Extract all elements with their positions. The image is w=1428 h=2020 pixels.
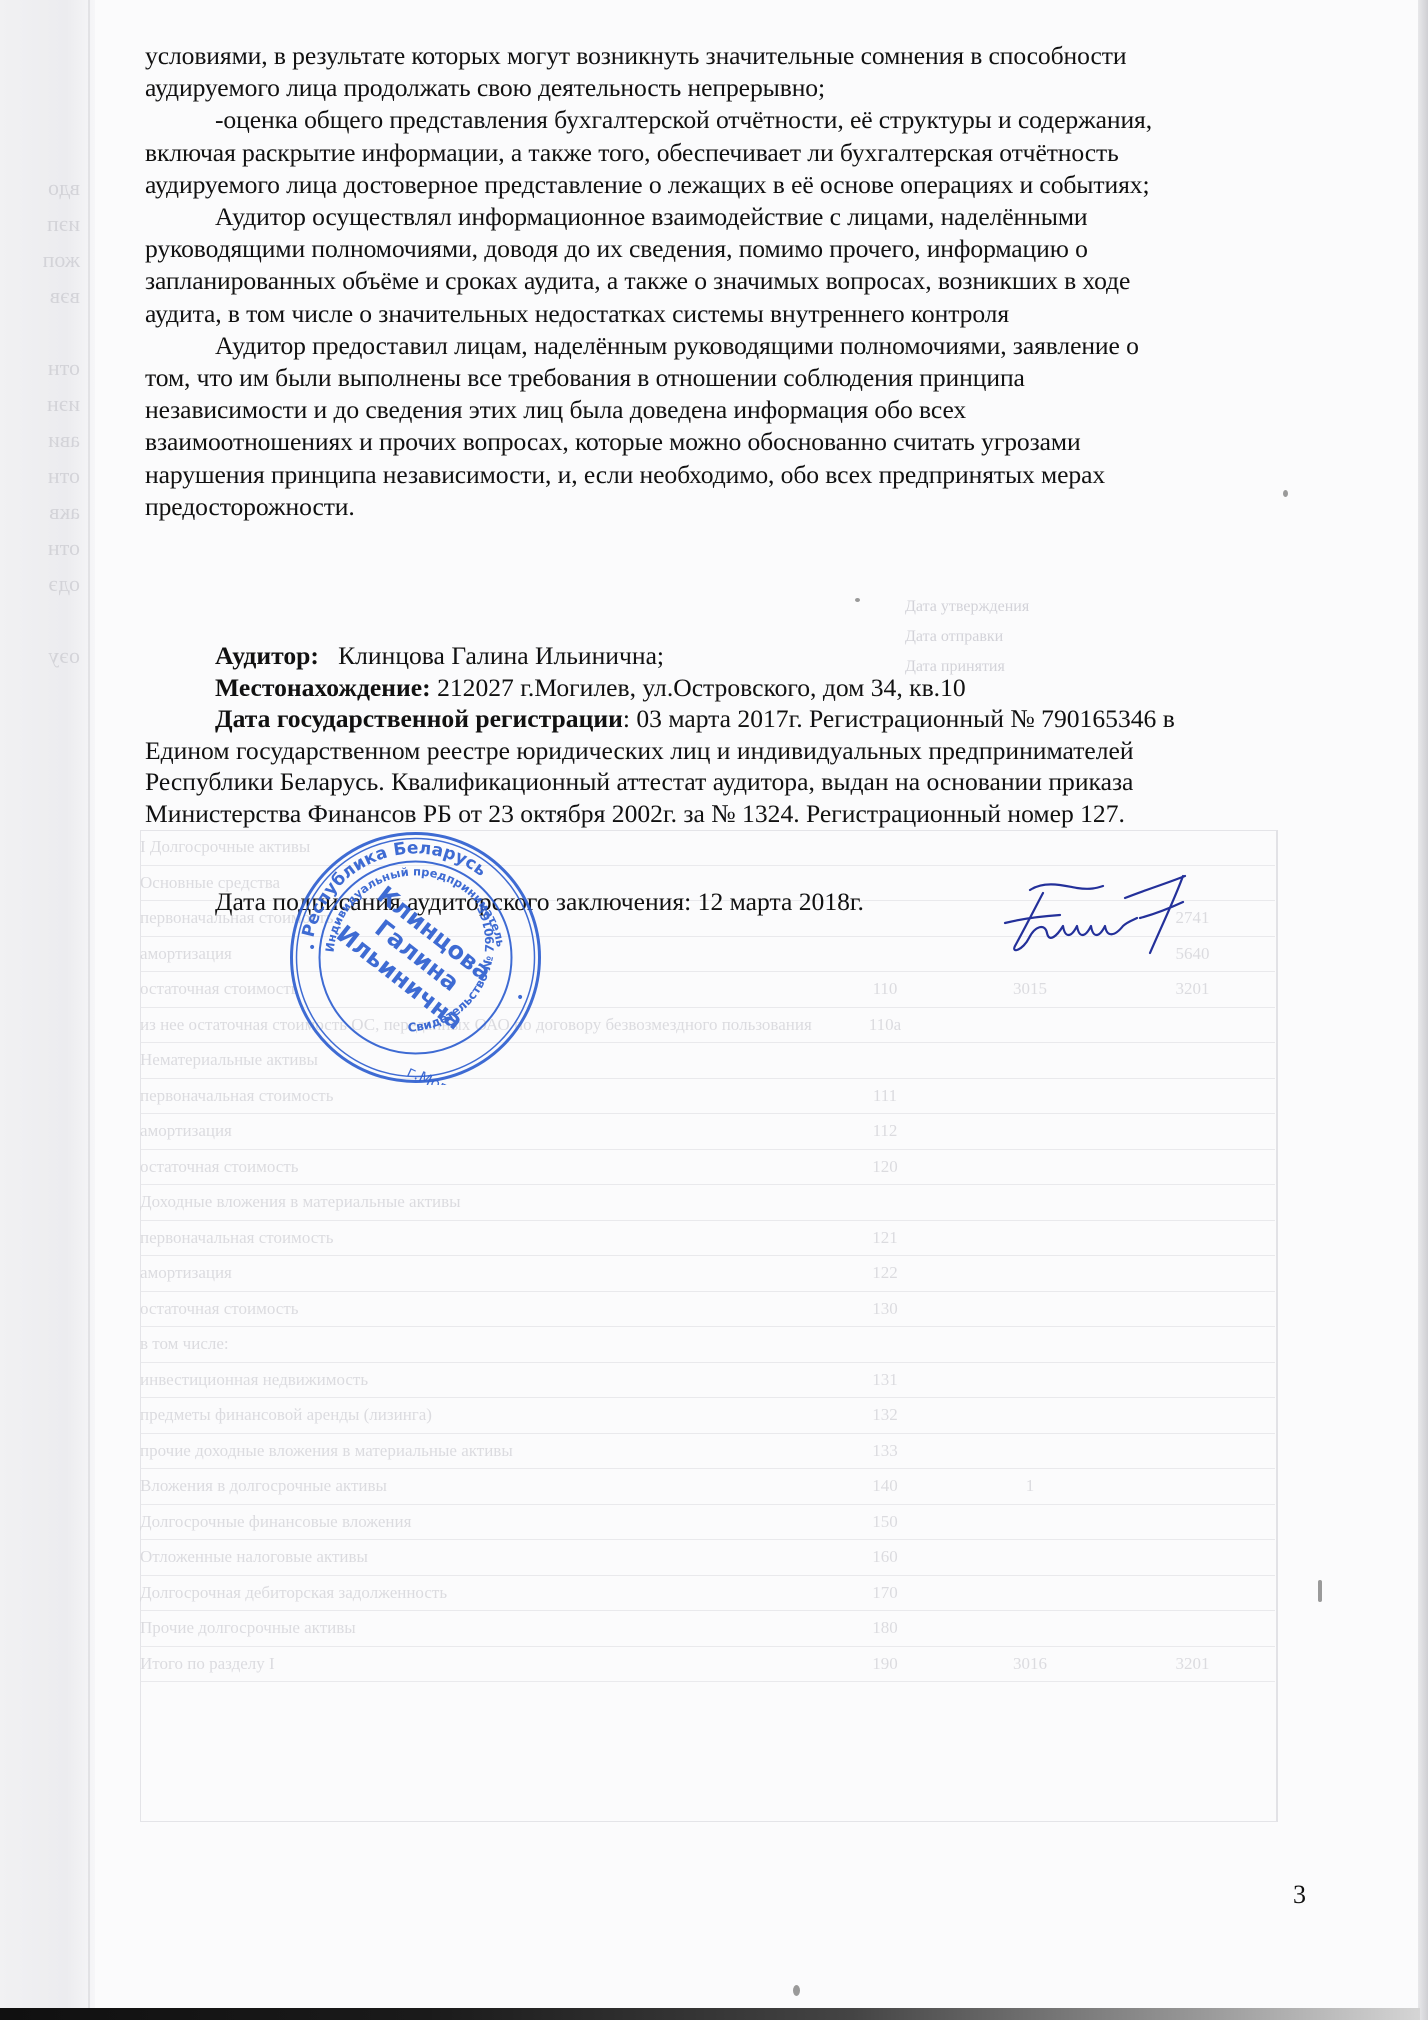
- ghost-table-row: амортизация112: [140, 1114, 1275, 1150]
- ghost-table-row: прочие доходные вложения в материальные …: [140, 1434, 1275, 1470]
- ghost-table-cell: 122: [820, 1263, 950, 1283]
- registration-value: : 03 марта 2017г. Регистрационный № 7901…: [623, 704, 1175, 733]
- ghost-table-row: остаточная стоимость130: [140, 1292, 1275, 1328]
- registration-line-4: Министерства Финансов РБ от 23 октября 2…: [145, 798, 1305, 830]
- document-body: условиями, в результате которых могут во…: [145, 40, 1295, 523]
- scan-speck: [1283, 490, 1288, 497]
- ghost-table-cell: 190: [820, 1654, 950, 1674]
- registration-label: Дата государственной регистрации: [215, 704, 623, 733]
- text-line: Аудитор предоставил лицам, наделённым ру…: [145, 330, 1295, 362]
- ghost-table-cell: амортизация: [140, 1263, 820, 1283]
- stamp-star-icon: •: [308, 940, 316, 956]
- ghost-table-cell: 121: [820, 1228, 950, 1248]
- scan-speck: [855, 598, 860, 602]
- ghost-table-cell: 3201: [1110, 1654, 1275, 1674]
- text-line: том, что им были выполнены все требовани…: [145, 362, 1295, 394]
- handwritten-signature: [985, 868, 1205, 968]
- text-line: запланированных объёме и сроках аудита, …: [145, 265, 1295, 297]
- ghost-table-cell: предметы финансовой аренды (лизинга): [140, 1405, 820, 1425]
- ghost-table-cell: первоначальная стоимость: [140, 1086, 820, 1106]
- ghost-table-row: остаточная стоимость120: [140, 1150, 1275, 1186]
- ghost-table-cell: в том числе:: [140, 1334, 820, 1354]
- text-line: руководящими полномочиями, доводя до их …: [145, 233, 1295, 265]
- ghost-table-cell: Доходные вложения в материальные активы: [140, 1192, 820, 1212]
- ghost-table-cell: 140: [820, 1476, 950, 1496]
- ghost-table-cell: 130: [820, 1299, 950, 1319]
- ghost-table-cell: 132: [820, 1405, 950, 1425]
- ghost-table-cell: 110а: [820, 1015, 950, 1035]
- ghost-table-cell: Долгосрочные финансовые вложения: [140, 1512, 820, 1532]
- official-stamp: Республика Беларусь Индивидуальный предп…: [288, 830, 543, 1085]
- auditor-line: Аудитор: Клинцова Галина Ильинична;: [145, 640, 1305, 672]
- scan-speck: [1318, 1580, 1322, 1602]
- scan-right-edge: [1418, 0, 1428, 2020]
- text-line: аудируемого лица достоверное представлен…: [145, 169, 1295, 201]
- ghost-table-row: Долгосрочные финансовые вложения150: [140, 1505, 1275, 1541]
- ghost-table-cell: Вложения в долгосрочные активы: [140, 1476, 820, 1496]
- location-value: 212027 г.Могилев, ул.Островского, дом 34…: [437, 673, 966, 702]
- text-line: нарушения принципа независимости, и, есл…: [145, 459, 1295, 491]
- scan-speck: [793, 1985, 800, 1996]
- ghost-table-cell: 133: [820, 1441, 950, 1461]
- ghost-table-row: Отложенные налоговые активы160: [140, 1540, 1275, 1576]
- text-line: взаимоотношениях и прочих вопросах, кото…: [145, 426, 1295, 458]
- ghost-header-line: Дата утверждения: [905, 592, 1029, 622]
- ghost-table-cell: Прочие долгосрочные активы: [140, 1618, 820, 1638]
- registration-line-3: Республики Беларусь. Квалификационный ат…: [145, 766, 1305, 798]
- ghost-table-cell: Итого по разделу I: [140, 1654, 820, 1674]
- ghost-table-row: Итого по разделу I19030163201: [140, 1647, 1275, 1683]
- ghost-table-row: Прочие долгосрочные активы180: [140, 1611, 1275, 1647]
- ghost-table-cell: 1: [950, 1476, 1110, 1496]
- ghost-table-cell: амортизация: [140, 1121, 820, 1141]
- text-line: предосторожности.: [145, 491, 1295, 523]
- ghost-table-cell: 150: [820, 1512, 950, 1532]
- ghost-table-row: первоначальная стоимость121: [140, 1221, 1275, 1257]
- ghost-table-cell: остаточная стоимость: [140, 1299, 820, 1319]
- ghost-table-cell: Долгосрочная дебиторская задолженность: [140, 1583, 820, 1603]
- ghost-table-cell: 110: [820, 979, 950, 999]
- ghost-table-cell: 3015: [950, 979, 1110, 999]
- text-line: -оценка общего представления бухгалтерск…: [145, 104, 1295, 136]
- auditor-name: Клинцова Галина Ильинична;: [338, 641, 664, 670]
- location-line: Местонахождение: 212027 г.Могилев, ул.Ос…: [145, 672, 1305, 704]
- ghost-table-cell: первоначальная стоимость: [140, 1228, 820, 1248]
- ghost-table-row: Долгосрочная дебиторская задолженность17…: [140, 1576, 1275, 1612]
- location-label: Местонахождение:: [215, 673, 431, 702]
- page-number: 3: [1293, 1880, 1306, 1910]
- text-line: условиями, в результате которых могут во…: [145, 40, 1295, 72]
- ghost-table-row: в том числе:: [140, 1327, 1275, 1363]
- ghost-table-cell: остаточная стоимость: [140, 1157, 820, 1177]
- ghost-table-cell: 131: [820, 1370, 950, 1390]
- ghost-table-cell: 180: [820, 1618, 950, 1638]
- scan-bottom-edge: [0, 2008, 1420, 2020]
- registration-line-2: Едином государственном реестре юридическ…: [145, 735, 1305, 767]
- text-line: независимости и до сведения этих лиц был…: [145, 394, 1295, 426]
- text-line: аудируемого лица продолжать свою деятель…: [145, 72, 1295, 104]
- ghost-table-cell: 3016: [950, 1654, 1110, 1674]
- ghost-table-row: Доходные вложения в материальные активы: [140, 1185, 1275, 1221]
- auditor-label: Аудитор:: [215, 641, 319, 670]
- ghost-table-cell: инвестиционная недвижимость: [140, 1370, 820, 1390]
- registration-line: Дата государственной регистрации: 03 мар…: [145, 703, 1305, 735]
- ghost-table-cell: прочие доходные вложения в материальные …: [140, 1441, 820, 1461]
- ghost-table-cell: 111: [820, 1086, 950, 1106]
- text-line: Аудитор осуществлял информационное взаим…: [145, 201, 1295, 233]
- ghost-table-cell: Отложенные налоговые активы: [140, 1547, 820, 1567]
- ghost-table-row: Вложения в долгосрочные активы1401: [140, 1469, 1275, 1505]
- page-fold-edge: [88, 0, 90, 2010]
- ghost-table-cell: 160: [820, 1547, 950, 1567]
- ghost-table-cell: 3201: [1110, 979, 1275, 999]
- ghost-table-cell: 120: [820, 1157, 950, 1177]
- auditor-details: Аудитор: Клинцова Галина Ильинична; Мест…: [145, 640, 1305, 829]
- ghost-table-row: амортизация122: [140, 1256, 1275, 1292]
- ghost-table-cell: 112: [820, 1121, 950, 1141]
- stamp-star-icon: •: [516, 990, 524, 1006]
- ghost-table-cell: 170: [820, 1583, 950, 1603]
- text-line: аудита, в том числе о значительных недос…: [145, 298, 1295, 330]
- ghost-table-row: инвестиционная недвижимость131: [140, 1363, 1275, 1399]
- ghost-table-row: предметы финансовой аренды (лизинга)132: [140, 1398, 1275, 1434]
- bleed-through-left-margin: вдоиэпжопвэв отниэнавиотнаквотнодэ оэу: [10, 170, 80, 674]
- text-line: включая раскрытие информации, а также то…: [145, 137, 1295, 169]
